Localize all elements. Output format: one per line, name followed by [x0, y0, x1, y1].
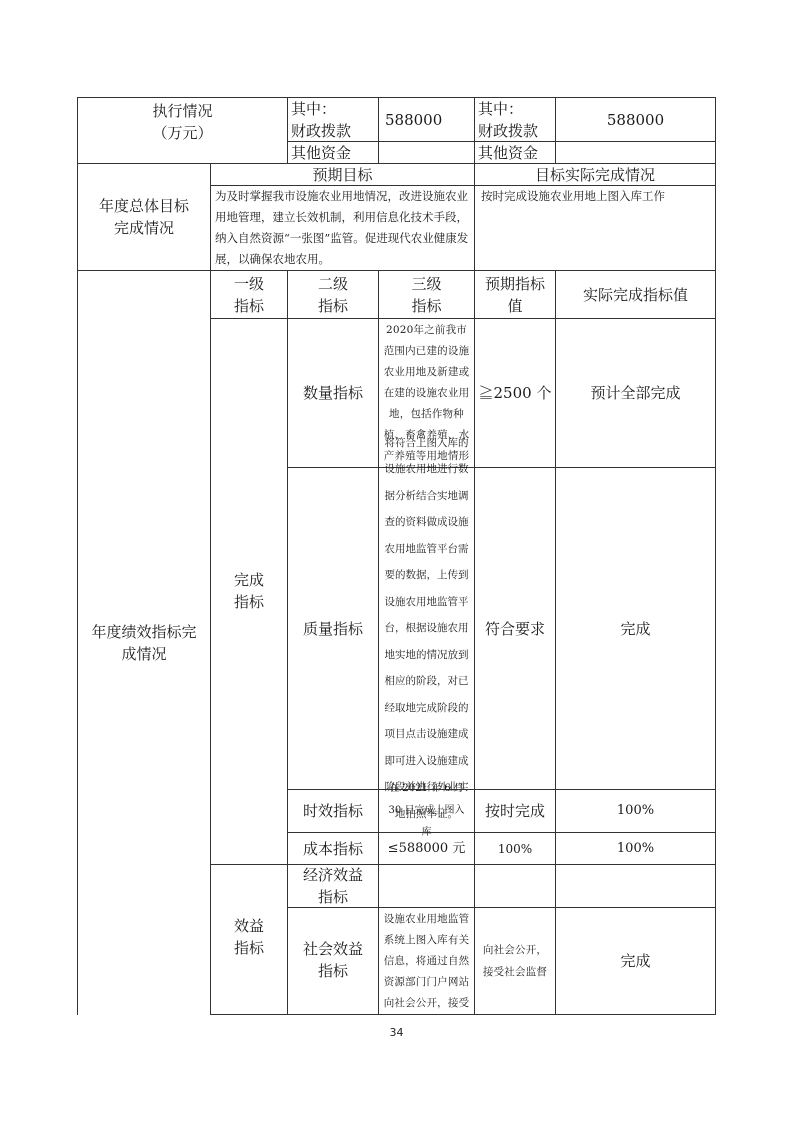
annual-goal-label: 年度总体目标 完成情况 — [77, 163, 211, 271]
header-expected: 预期指标 值 — [474, 270, 556, 319]
level2-economic: 经济效益 指标 — [287, 864, 379, 908]
expected-economic — [474, 864, 556, 908]
level3-quality: 将符合上图入库的设施农用地进行数据分析结合实地调查的资料做成设施农用地监管平台需… — [378, 467, 475, 790]
actual-fund-label: 其中： 财政拨款 — [474, 97, 556, 142]
header-level3: 三级 指标 — [378, 270, 475, 319]
level3-social: 设施农业用地监管系统上图入库有关信息，将通过自然资源部门门户网站向社会公开，接受 — [378, 907, 475, 1015]
other-fund-value-1 — [378, 141, 475, 164]
expected-timeliness: 按时完成 — [474, 789, 556, 833]
expected-quality: 符合要求 — [474, 467, 556, 790]
level2-cost: 成本指标 — [287, 832, 379, 865]
planned-fund-value: 588000 — [378, 97, 475, 142]
performance-label: 年度绩效指标完 成情况 — [77, 270, 211, 1015]
expected-cost: 100% — [474, 832, 556, 865]
actual-fund-value: 588000 — [555, 97, 716, 142]
level1-benefit: 效益 指标 — [210, 864, 288, 1015]
expected-social: 向社会公开，接受社会监督 — [474, 907, 556, 1015]
actual-goal-text: 按时完成设施农业用地上图入库工作 — [474, 185, 716, 271]
other-fund-label-2: 其他资金 — [474, 141, 556, 164]
level2-timeliness: 时效指标 — [287, 789, 379, 833]
actual-social: 完成 — [555, 907, 716, 1015]
actual-goal-header: 目标实际完成情况 — [474, 163, 716, 186]
expected-goal-header: 预期目标 — [210, 163, 475, 186]
level3-timeliness: 在 2021 年 6 月 30 日完成上图入库 — [378, 789, 475, 833]
page-number: 34 — [0, 1026, 793, 1039]
level3-economic — [378, 864, 475, 908]
document-page: 执行情况 （万元） 其中： 财政拨款 588000 其中： 财政拨款 58800… — [0, 0, 793, 1122]
actual-economic — [555, 864, 716, 908]
level1-completion: 完成 指标 — [210, 318, 288, 865]
actual-quality: 完成 — [555, 467, 716, 790]
actual-quantity: 预计全部完成 — [555, 318, 716, 468]
header-level1: 一级 指标 — [210, 270, 288, 319]
actual-timeliness: 100% — [555, 789, 716, 833]
execution-label: 执行情况 （万元） — [77, 97, 288, 164]
expected-quantity: ≧2500 个 — [474, 318, 556, 468]
level2-quantity: 数量指标 — [287, 318, 379, 468]
level3-cost: ≤588000 元 — [378, 832, 475, 865]
planned-fund-label: 其中： 财政拨款 — [287, 97, 379, 142]
header-actual: 实际完成指标值 — [555, 270, 716, 319]
expected-goal-text: 为及时掌握我市设施农业用地情况，改进设施农业用地管理，建立长效机制，利用信息化技… — [210, 185, 475, 271]
other-fund-label-1: 其他资金 — [287, 141, 379, 164]
level2-quality: 质量指标 — [287, 467, 379, 790]
other-fund-value-2 — [555, 141, 716, 164]
level2-social: 社会效益 指标 — [287, 907, 379, 1015]
actual-cost: 100% — [555, 832, 716, 865]
header-level2: 二级 指标 — [287, 270, 379, 319]
